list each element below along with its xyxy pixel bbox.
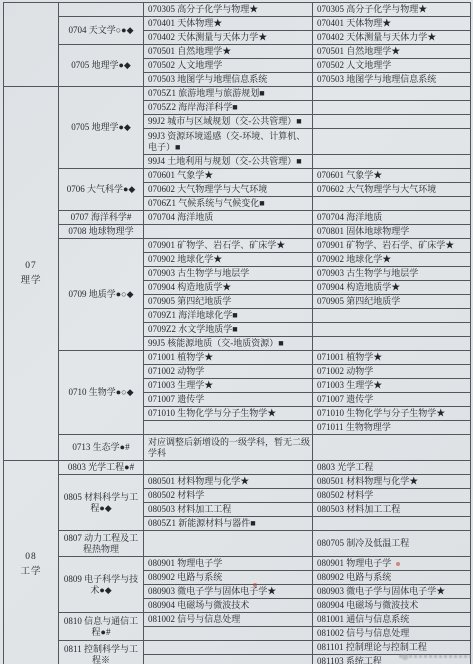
subject-cell-new: 080903 微电子学与固体电子学★: [313, 585, 471, 599]
subject-cell-new: [313, 101, 471, 115]
subject-cell-new: 081001 通信与信息系统: [313, 613, 471, 627]
subject-cell-old: 070501 自然地理学★: [144, 45, 313, 59]
table-row: 0708 地球物理学 070801 固体地球物理学: [4, 225, 471, 239]
subject-cell-old: 071002 动物学: [144, 365, 313, 379]
subject-cell-old: 0706Z1 气候系统与气候变化■: [144, 197, 313, 211]
subject-cell-old: 070704 海洋地质: [144, 211, 313, 225]
catalog-table-sheet: 070305 高分子化学与物理★ 070305 高分子化学与物理★ 0704 天…: [3, 2, 471, 664]
table-row: 08 工学 0803 光学工程●# 0803 光学工程: [4, 461, 471, 475]
category-cell: 0706 大气科学●◆: [59, 169, 144, 211]
table-row: 0810 信息与通信工程●# 081002 信号与信息处理 081001 通信与…: [4, 613, 471, 627]
subject-cell-old: 071003 生理学★: [144, 379, 313, 393]
subject-cell-old: 0705Z2 海岸海洋科学■: [144, 101, 313, 115]
category-cell: 0710 生物学●○◆: [59, 351, 144, 435]
category-cell: 0708 地球物理学: [59, 225, 144, 239]
table-row: 0704 天文学○●◆ 070401 天体物理★ 070401 天体物理★: [4, 17, 471, 31]
category-cell: 0803 光学工程●#: [59, 461, 144, 475]
subject-cell-old: 0709Z2 水文学地质学■: [144, 323, 313, 337]
subject-cell-old: [144, 531, 313, 557]
group-name: 理学: [6, 274, 56, 288]
subject-cell-new: 070801 固体地球物理学: [313, 225, 471, 239]
subject-cell-old: 070402 天体测量与天体力学★: [144, 31, 313, 45]
subject-cell-new: [313, 435, 471, 461]
category-cell: 0705 地理学●◆: [59, 45, 144, 87]
subject-cell-new: 070902 地球化学★: [313, 253, 471, 267]
subject-cell-old: 070901 矿物学、岩石学、矿床学★: [144, 239, 313, 253]
group-cell-science: 07 理学: [4, 87, 59, 461]
table-row: 0805 材料科学与工程●◆ 080501 材料物理与化学★ 080501 材料…: [4, 475, 471, 489]
discipline-catalog-table: 070305 高分子化学与物理★ 070305 高分子化学与物理★ 0704 天…: [3, 2, 471, 664]
subject-cell-new: [313, 337, 471, 351]
subject-cell-old: 070904 构造地质学★: [144, 281, 313, 295]
subject-cell-old: [144, 225, 313, 239]
watermark: [399, 651, 471, 663]
subject-cell-old: [144, 627, 313, 641]
subject-cell-new: [313, 309, 471, 323]
subject-cell-new: [313, 87, 471, 101]
subject-cell-new: 070903 古生物学与地层学: [313, 267, 471, 281]
subject-cell-new: 070905 第四纪地质学: [313, 295, 471, 309]
group-name: 工学: [6, 565, 56, 579]
subject-cell-old: 070305 高分子化学与物理★: [144, 3, 313, 17]
category-cell: 0809 电子科学与技术●◆: [59, 557, 144, 613]
subject-cell-old: 070502 人文地理学: [144, 59, 313, 73]
subject-cell-new: 070904 构造地质学★: [313, 281, 471, 295]
category-cell: [59, 3, 144, 17]
category-cell: 0807 动力工程及工程热物理: [59, 531, 144, 557]
table-row: 070305 高分子化学与物理★ 070305 高分子化学与物理★: [4, 3, 471, 17]
group-cell-engineering: 08 工学: [4, 461, 59, 664]
subject-cell-old: 080902 电路与系统: [144, 571, 313, 585]
table-row: 0707 海洋科学# 070704 海洋地质 070704 海洋地质: [4, 211, 471, 225]
subject-cell-new: 080904 电磁场与微波技术: [313, 599, 471, 613]
subject-cell-old: 071007 遗传学: [144, 393, 313, 407]
note-cell: 对应调整后新增设的一级学科，暂无二级学科: [144, 435, 313, 461]
subject-cell-new: 071001 植物学★: [313, 351, 471, 365]
table-row: 0807 动力工程及工程热物理 080705 制冷及低温工程: [4, 531, 471, 557]
subject-cell-new: [313, 323, 471, 337]
subject-cell-new: 080501 材料物理与化学★: [313, 475, 471, 489]
subject-cell-new: 070501 自然地理学★: [313, 45, 471, 59]
table-row: 0706 大气科学●◆ 070601 气象学★ 070601 气象学★: [4, 169, 471, 183]
group-cell-empty: [4, 3, 59, 87]
subject-cell-new: 071002 动物学: [313, 365, 471, 379]
table-row: 0809 电子科学与技术●◆ 080901 物理电子学 080901 物理电子学: [4, 557, 471, 571]
subject-cell-new: 080901 物理电子学: [313, 557, 471, 571]
scan-artifact-dot: [253, 583, 257, 587]
subject-cell-new: 080502 材料学: [313, 489, 471, 503]
subject-cell-new: [313, 517, 471, 531]
subject-cell-old: 080901 物理电子学: [144, 557, 313, 571]
subject-cell-new: 070704 海洋地质: [313, 211, 471, 225]
category-cell: 0805 材料科学与工程●◆: [59, 475, 144, 531]
subject-cell-old: 0805Z1 新能源材料与器件■: [144, 517, 313, 531]
subject-cell-new: 070602 大气物理学与大气环境: [313, 183, 471, 197]
group-code: 07: [6, 259, 56, 273]
subject-cell-old: 080903 微电子学与固体电子学★: [144, 585, 313, 599]
table-row: 07 理学 0705 地理学●◆ 0705Z1 旅游地理与旅游规划■: [4, 87, 471, 101]
subject-cell-new: 080902 电路与系统: [313, 571, 471, 585]
subject-cell-old: 070401 天体物理★: [144, 17, 313, 31]
subject-cell-old: 99J4 土地利用与规划（交-公共管理）■: [144, 155, 313, 169]
subject-cell-new: 080503 材料加工工程: [313, 503, 471, 517]
subject-cell-old: 99J2 城市与区域规划（交-公共管理）■: [144, 115, 313, 129]
subject-cell-new: 071003 生理学★: [313, 379, 471, 393]
scan-artifact-dot: [396, 562, 400, 566]
subject-cell-new: 070402 天体测量与天体力学★: [313, 31, 471, 45]
subject-cell-new: 070601 气象学★: [313, 169, 471, 183]
subject-cell-old: 070601 气象学★: [144, 169, 313, 183]
subject-cell-old: 071001 植物学★: [144, 351, 313, 365]
subject-cell-new: 080705 制冷及低温工程: [313, 531, 471, 557]
category-cell: 0709 地质学●○◆: [59, 239, 144, 351]
subject-cell-old: 070503 地图学与地理信息系统: [144, 73, 313, 87]
subject-cell-old: 0705Z1 旅游地理与旅游规划■: [144, 87, 313, 101]
category-cell: 0705 地理学●◆: [59, 87, 144, 169]
table-row: 0709 地质学●○◆ 070901 矿物学、岩石学、矿床学★ 070901 矿…: [4, 239, 471, 253]
subject-cell-old: [144, 461, 313, 475]
subject-cell-new: 0803 光学工程: [313, 461, 471, 475]
subject-cell-old: 070905 第四纪地质学: [144, 295, 313, 309]
subject-cell-old: 070902 地球化学★: [144, 253, 313, 267]
table-row: 0713 生态学●# 对应调整后新增设的一级学科，暂无二级学科: [4, 435, 471, 461]
subject-cell-new: 081002 信号与信息处理: [313, 627, 471, 641]
subject-cell-old: 080503 材料加工工程: [144, 503, 313, 517]
subject-cell-new: 070503 地图学与地理信息系统: [313, 73, 471, 87]
subject-cell-old: [144, 655, 313, 664]
subject-cell-old: 081002 信号与信息处理: [144, 613, 313, 627]
subject-cell-new: 070401 天体物理★: [313, 17, 471, 31]
subject-cell-new: 071011 生物物理学: [313, 421, 471, 435]
subject-cell-old: 070903 古生物学与地层学: [144, 267, 313, 281]
subject-cell-old: [144, 421, 313, 435]
subject-cell-new: 071007 遗传学: [313, 393, 471, 407]
subject-cell-new: 070305 高分子化学与物理★: [313, 3, 471, 17]
subject-cell-old: 0709Z1 海洋地球化学■: [144, 309, 313, 323]
subject-cell-old: 99J3 资源环境遥感（交-环境、计算机、电子）■: [144, 129, 313, 155]
subject-cell-old: 070602 大气物理学与大气环境: [144, 183, 313, 197]
category-cell: 0704 天文学○●◆: [59, 17, 144, 45]
subject-cell-old: 071010 生物化学与分子生物学★: [144, 407, 313, 421]
subject-cell-old: 99J5 核能源地质（交-地质资源）■: [144, 337, 313, 351]
group-code: 08: [6, 550, 56, 564]
subject-cell-new: [313, 115, 471, 129]
subject-cell-new: [313, 197, 471, 211]
category-cell: 0707 海洋科学#: [59, 211, 144, 225]
subject-cell-new: 071010 生物化学与分子生物学★: [313, 407, 471, 421]
subject-cell-new: [313, 129, 471, 155]
table-row: 0710 生物学●○◆ 071001 植物学★ 071001 植物学★: [4, 351, 471, 365]
subject-cell-new: 070502 人文地理学: [313, 59, 471, 73]
table-row: 0705 地理学●◆ 070501 自然地理学★ 070501 自然地理学★: [4, 45, 471, 59]
subject-cell-old: 080502 材料学: [144, 489, 313, 503]
subject-cell-old: [144, 641, 313, 655]
subject-cell-new: [313, 155, 471, 169]
category-cell: 0811 控制科学与工程※: [59, 641, 144, 664]
category-cell: 0810 信息与通信工程●#: [59, 613, 144, 641]
subject-cell-old: 080904 电磁场与微波技术: [144, 599, 313, 613]
subject-cell-new: 070901 矿物学、岩石学、矿床学★: [313, 239, 471, 253]
subject-cell-old: 080501 材料物理与化学★: [144, 475, 313, 489]
category-cell: 0713 生态学●#: [59, 435, 144, 461]
